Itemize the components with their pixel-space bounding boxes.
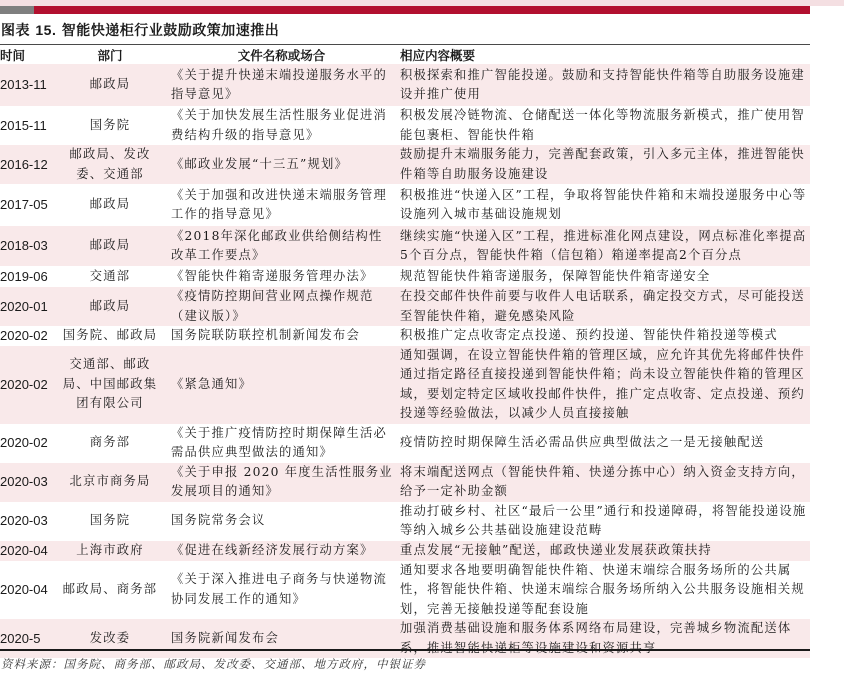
- table-row: 2020-03北京市商务局《关于申报 2020 年度生活性服务业发展项目的通知》…: [0, 463, 810, 502]
- table-row: 2018-03邮政局《2018年深化邮政业供给侧结构性改革工作要点》继续实施“快…: [0, 226, 810, 266]
- cell-document: 国务院常务会议: [165, 502, 398, 541]
- cell-summary: 推动打破乡村、社区“最后一公里”通行和投递障碍，将智能投递设施等纳入城乡公共基础…: [398, 502, 810, 541]
- cell-time: 2013-11: [0, 64, 55, 106]
- figure-number: 15.: [35, 22, 56, 38]
- figure-title-text: 智能快递柜行业鼓励政策加速推出: [62, 23, 280, 39]
- table-top-rule: [0, 44, 810, 45]
- column-header-summary: 相应内容概要: [398, 46, 810, 64]
- cell-summary: 积极推广定点收寄定点投递、预约投递、智能快件箱投递等模式: [398, 326, 810, 346]
- table-row: 2020-03国务院国务院常务会议推动打破乡村、社区“最后一公里”通行和投递障碍…: [0, 502, 810, 541]
- cell-time: 2020-5: [0, 619, 55, 658]
- cell-department: 邮政局: [55, 226, 165, 266]
- table-row: 2020-5发改委国务院新闻发布会加强消费基础设施和服务体系网络布局建设，完善城…: [0, 619, 810, 658]
- cell-time: 2020-03: [0, 502, 55, 541]
- cell-department: 北京市商务局: [55, 463, 165, 502]
- column-header-dept: 部门: [55, 46, 165, 64]
- cell-department: 邮政局: [55, 64, 165, 106]
- table-row: 2020-02交通部、邮政局、中国邮政集团有限公司《紧急通知》通知强调，在设立智…: [0, 346, 810, 424]
- cell-time: 2020-02: [0, 346, 55, 424]
- cell-summary: 在投交邮件快件前要与收件人电话联系，确定投交方式，尽可能投送至智能快件箱，避免感…: [398, 287, 810, 326]
- cell-summary: 规范智能快件箱寄递服务，保障智能快件箱寄递安全: [398, 266, 810, 287]
- table-bottom-rule: [0, 649, 810, 651]
- cell-summary: 积极发展冷链物流、仓储配送一体化等物流服务新模式，推广使用智能包裹柜、智能快件箱: [398, 106, 810, 145]
- table-row: 2020-01邮政局《疫情防控期间营业网点操作规范（建议版）》在投交邮件快件前要…: [0, 287, 810, 326]
- table-row: 2013-11邮政局《关于提升快递末端投递服务水平的指导意见》积极探索和推广智能…: [0, 64, 810, 106]
- table-row: 2017-05邮政局《关于加强和改进快递末端服务管理工作的指导意见》积极推进“快…: [0, 184, 810, 226]
- table-row: 2020-04上海市政府《促进在线新经济发展行动方案》重点发展“无接触”配送，邮…: [0, 541, 810, 561]
- cell-summary: 继续实施“快递入区”工程，推进标准化网点建设，网点标准化率提高5个百分点，智能快…: [398, 226, 810, 266]
- cell-department: 交通部、邮政局、中国邮政集团有限公司: [55, 346, 165, 424]
- cell-department: 国务院: [55, 106, 165, 145]
- table-row: 2020-04邮政局、商务部《关于深入推进电子商务与快递物流协同发展工作的通知》…: [0, 561, 810, 620]
- cell-time: 2020-02: [0, 424, 55, 463]
- figure-title: 图表 15. 智能快递柜行业鼓励政策加速推出: [1, 20, 279, 40]
- cell-summary: 通知要求各地要明确智能快件箱、快递末端综合服务场所的公共属性，将智能快件箱、快递…: [398, 561, 810, 620]
- cell-time: 2016-12: [0, 145, 55, 184]
- cell-summary: 加强消费基础设施和服务体系网络布局建设，完善城乡物流配送体系，推进智能快递柜等设…: [398, 619, 810, 658]
- cell-document: 国务院新闻发布会: [165, 619, 398, 658]
- cell-summary: 鼓励提升末端服务能力，完善配套政策，引入多元主体，推进智能快件箱等自助服务设施建…: [398, 145, 810, 184]
- table-row: 2020-02商务部《关于推广疫情防控时期保障生活必需品供应典型做法的通知》疫情…: [0, 424, 810, 463]
- cell-document: 《紧急通知》: [165, 346, 398, 424]
- cell-department: 上海市政府: [55, 541, 165, 561]
- cell-summary: 重点发展“无接触”配送，邮政快递业发展获政策扶持: [398, 541, 810, 561]
- cell-document: 《关于提升快递末端投递服务水平的指导意见》: [165, 64, 398, 106]
- cell-summary: 积极推进“快递入区”工程，争取将智能快件箱和末端投递服务中心等设施列入城市基础设…: [398, 184, 810, 226]
- cell-document: 《2018年深化邮政业供给侧结构性改革工作要点》: [165, 226, 398, 266]
- cell-time: 2020-04: [0, 541, 55, 561]
- table-row: 2015-11国务院《关于加快发展生活性服务业促进消费结构升级的指导意见》积极发…: [0, 106, 810, 145]
- table-row: 2020-02国务院、邮政局国务院联防联控机制新闻发布会积极推广定点收寄定点投递…: [0, 326, 810, 346]
- table-row: 2016-12邮政局、发改委、交通部《邮政业发展“十三五”规划》鼓励提升末端服务…: [0, 145, 810, 184]
- header-gray-bar: [0, 6, 34, 14]
- cell-time: 2017-05: [0, 184, 55, 226]
- table-header-row: 时间 部门 文件名称或场合 相应内容概要: [0, 46, 810, 64]
- cell-summary: 通知强调，在设立智能快件箱的管理区域，应允许其优先将邮件快件通过指定路径直接投递…: [398, 346, 810, 424]
- cell-time: 2020-04: [0, 561, 55, 620]
- cell-time: 2020-01: [0, 287, 55, 326]
- cell-department: 邮政局、商务部: [55, 561, 165, 620]
- cell-department: 邮政局: [55, 287, 165, 326]
- column-header-document: 文件名称或场合: [165, 46, 398, 64]
- cell-time: 2018-03: [0, 226, 55, 266]
- cell-time: 2020-02: [0, 326, 55, 346]
- cell-department: 交通部: [55, 266, 165, 287]
- cell-department: 发改委: [55, 619, 165, 658]
- cell-document: 《关于加强和改进快递末端服务管理工作的指导意见》: [165, 184, 398, 226]
- cell-time: 2015-11: [0, 106, 55, 145]
- cell-department: 商务部: [55, 424, 165, 463]
- cell-document: 《邮政业发展“十三五”规划》: [165, 145, 398, 184]
- source-note: 资料来源：国务院、商务部、邮政局、发改委、交通部、地方政府，中银证券: [1, 656, 426, 672]
- cell-time: 2020-03: [0, 463, 55, 502]
- figure-label: 图表: [1, 23, 30, 39]
- cell-summary: 将末端配送网点（智能快件箱、快递分拣中心）纳入资金支持方向，给予一定补助金额: [398, 463, 810, 502]
- table-body: 2013-11邮政局《关于提升快递末端投递服务水平的指导意见》积极探索和推广智能…: [0, 64, 810, 658]
- cell-document: 《关于推广疫情防控时期保障生活必需品供应典型做法的通知》: [165, 424, 398, 463]
- cell-document: 《关于申报 2020 年度生活性服务业发展项目的通知》: [165, 463, 398, 502]
- cell-document: 《关于加快发展生活性服务业促进消费结构升级的指导意见》: [165, 106, 398, 145]
- header-red-bar: [34, 6, 810, 14]
- cell-summary: 疫情防控时期保障生活必需品供应典型做法之一是无接触配送: [398, 424, 810, 463]
- cell-document: 《促进在线新经济发展行动方案》: [165, 541, 398, 561]
- table-row: 2019-06交通部《智能快件箱寄递服务管理办法》规范智能快件箱寄递服务，保障智…: [0, 266, 810, 287]
- cell-time: 2019-06: [0, 266, 55, 287]
- cell-document: 《疫情防控期间营业网点操作规范（建议版）》: [165, 287, 398, 326]
- cell-department: 邮政局、发改委、交通部: [55, 145, 165, 184]
- cell-document: 国务院联防联控机制新闻发布会: [165, 326, 398, 346]
- policy-table: 时间 部门 文件名称或场合 相应内容概要 2013-11邮政局《关于提升快递末端…: [0, 46, 810, 658]
- cell-summary: 积极探索和推广智能投递。鼓励和支持智能快件箱等自助服务设施建设并推广使用: [398, 64, 810, 106]
- cell-department: 邮政局: [55, 184, 165, 226]
- cell-document: 《智能快件箱寄递服务管理办法》: [165, 266, 398, 287]
- column-header-time: 时间: [0, 46, 55, 64]
- cell-department: 国务院、邮政局: [55, 326, 165, 346]
- cell-document: 《关于深入推进电子商务与快递物流协同发展工作的通知》: [165, 561, 398, 620]
- cell-department: 国务院: [55, 502, 165, 541]
